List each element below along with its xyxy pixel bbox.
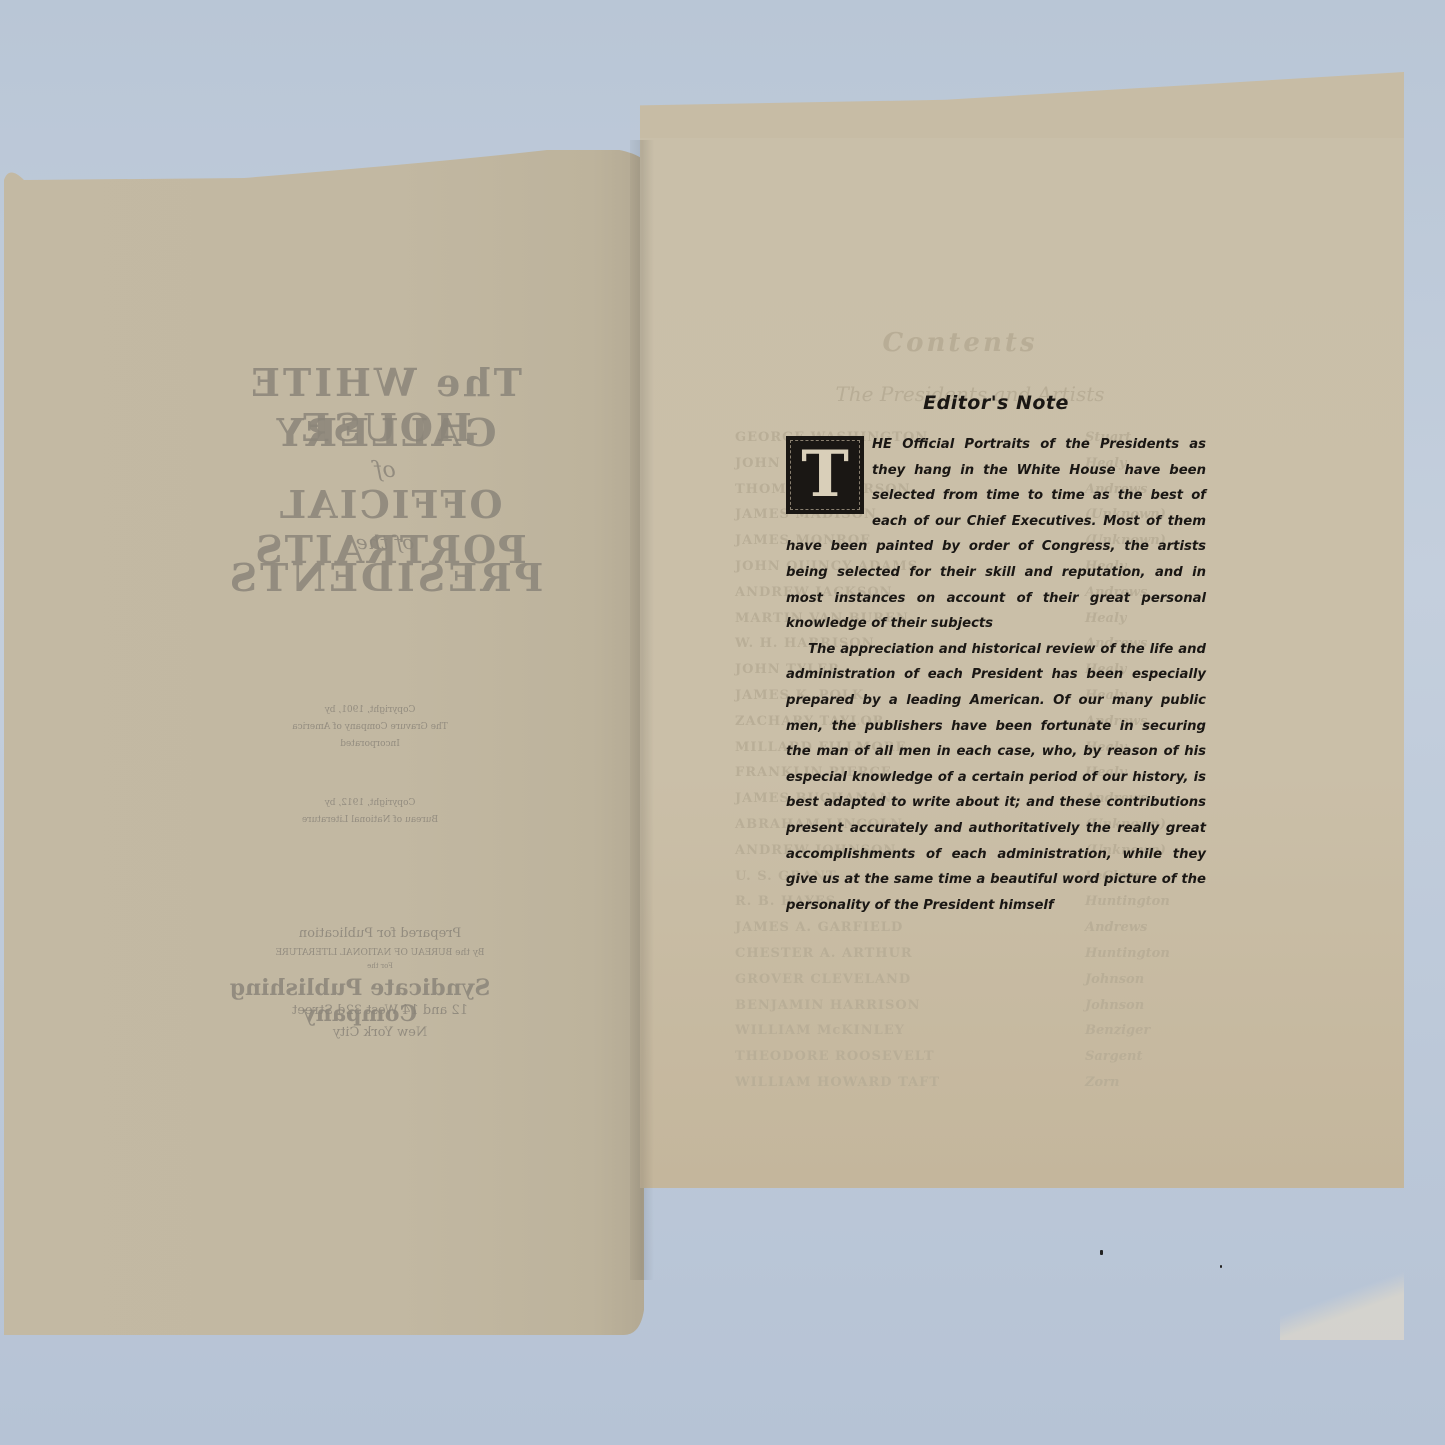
- ghost-contents-title: Contents: [860, 328, 1060, 358]
- copyright-1-line-1: Copyright, 1901, by: [270, 702, 470, 719]
- mirror-pub-line-2: By the BUREAU OF NATIONAL LITERATURE: [230, 948, 530, 958]
- drop-cap-letter: T: [801, 443, 849, 507]
- ornamental-drop-cap-icon: T: [786, 436, 864, 514]
- mirror-title-line-5: of the: [175, 530, 595, 554]
- ghost-artist-name: Zorn: [1085, 1075, 1175, 1101]
- editors-note: Editor's Note T HE Official Portraits of…: [786, 392, 1206, 918]
- copyright-2-line-2: Bureau of National Literature: [270, 812, 470, 829]
- mirror-address: 12 and 14 West 32d Street: [230, 1003, 530, 1018]
- copyright-2-line-1: Copyright, 1912, by: [270, 795, 470, 812]
- editors-note-body: T HE Official Portraits of the President…: [786, 432, 1206, 918]
- ghost-president-name: CHESTER A. ARTHUR: [735, 946, 913, 972]
- mirror-copyright-1: Copyright, 1901, by The Gravure Company …: [270, 702, 470, 753]
- ghost-president-name: WILLIAM HOWARD TAFT: [735, 1075, 940, 1101]
- copyright-1-line-2: The Gravure Company of America: [270, 719, 470, 736]
- ghost-artist-name: Andrews: [1085, 920, 1175, 946]
- paper-speck: [1100, 1250, 1103, 1255]
- ghost-contents-row: WILLIAM HOWARD TAFTZorn: [735, 1075, 1175, 1101]
- paper-speck: [1220, 1265, 1222, 1268]
- ghost-president-name: GROVER CLEVELAND: [735, 972, 911, 998]
- mirror-title-line-2: GALLERY: [175, 410, 595, 455]
- ghost-president-name: BENJAMIN HARRISON: [735, 998, 921, 1024]
- ghost-contents-row: BENJAMIN HARRISONJohnson: [735, 998, 1175, 1024]
- ghost-artist-name: Sargent: [1085, 1049, 1175, 1075]
- editors-note-paragraph-2: The appreciation and historical review o…: [786, 637, 1206, 919]
- ghost-contents-row: CHESTER A. ARTHURHuntington: [735, 946, 1175, 972]
- ghost-contents-row: JAMES A. GARFIELDAndrews: [735, 920, 1175, 946]
- ghost-president-name: JAMES A. GARFIELD: [735, 920, 903, 946]
- folded-corner: [1280, 1270, 1404, 1340]
- mirror-copyright-2: Copyright, 1912, by Bureau of National L…: [270, 795, 470, 829]
- mirror-pub-line-3: For the: [230, 962, 530, 970]
- ghost-artist-name: Benziger: [1085, 1023, 1175, 1049]
- ghost-president-name: THEODORE ROOSEVELT: [735, 1049, 935, 1075]
- ghost-artist-name: Huntington: [1085, 946, 1175, 972]
- ghost-artist-name: Johnson: [1085, 972, 1175, 998]
- mirror-publisher: Syndicate Publishing Company: [170, 975, 550, 1027]
- ghost-contents-row: WILLIAM McKINLEYBenziger: [735, 1023, 1175, 1049]
- ghost-contents-row: THEODORE ROOSEVELTSargent: [735, 1049, 1175, 1075]
- gutter-shadow: [630, 140, 654, 1280]
- editors-note-title: Editor's Note: [786, 392, 1206, 414]
- ghost-artist-name: Johnson: [1085, 998, 1175, 1024]
- copyright-1-line-3: Incorporated: [270, 736, 470, 753]
- mirror-city: New York City: [230, 1025, 530, 1040]
- mirror-pub-line-1: Prepared for Publication: [230, 926, 530, 941]
- ghost-contents-row: GROVER CLEVELANDJohnson: [735, 972, 1175, 998]
- ghost-president-name: WILLIAM McKINLEY: [735, 1023, 905, 1049]
- mirror-title-line-3: of: [175, 458, 595, 483]
- mirror-title-line-6: PRESIDENTS: [175, 555, 595, 600]
